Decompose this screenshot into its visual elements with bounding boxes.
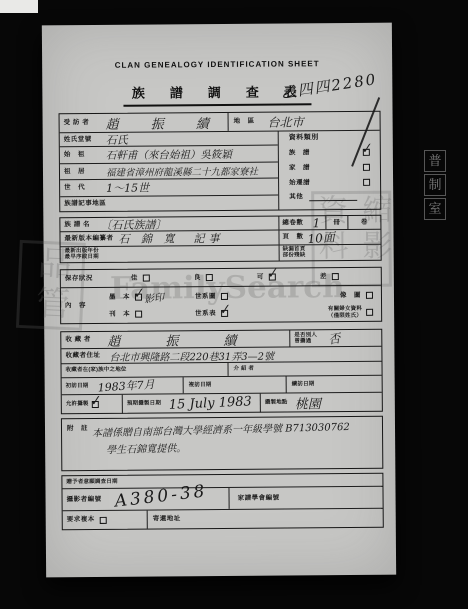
holder-label: 收 藏 者 — [61, 336, 107, 344]
partial-damage-label: 部份殘缺 — [283, 252, 381, 259]
first-visit-value: 1983年7月 — [97, 376, 155, 395]
content-printed-checkbox — [135, 311, 142, 318]
condition-label: 保存狀況 — [61, 275, 109, 283]
volume-info-box: 族 譜 名 〔石氏族譜〕 最新版本編纂者 石 錦 寬 記事 最新出版年份 最早序… — [59, 215, 381, 264]
interviewee-label: 受 訪 者 — [60, 119, 106, 127]
request-copy-label: 要求複本 — [67, 516, 95, 523]
category-shiqian-label: 始遷譜 — [289, 179, 310, 186]
condition-option: 良 — [194, 269, 213, 286]
category-jiapu-checkbox — [363, 163, 370, 170]
content-ink-copy: 墨 本 影印 — [109, 290, 195, 306]
remarks-label: 附 註 — [67, 425, 88, 432]
film-place-label: 攝製地點 — [265, 400, 295, 406]
content-women-data-checkbox — [366, 309, 373, 316]
film-place-value: 桃園 — [295, 393, 321, 412]
category-shiqian-checkbox — [363, 178, 370, 185]
volumes-label: 總卷數 — [279, 219, 307, 226]
category-other-label: 其他 — [289, 193, 303, 200]
preface-date-label: 最早序跋日期 — [65, 253, 279, 261]
first-visit-label: 初訪日期 — [66, 383, 98, 389]
origin-value: 福建省漳州府龍溪縣二十九都家寮社 — [106, 163, 258, 178]
edge-stamp: 普 制 室 — [424, 150, 446, 222]
area-value: 台北市 — [268, 113, 304, 130]
record-area-label: 族譜記事地區 — [60, 200, 106, 208]
pages-label: 頁 數 — [279, 234, 307, 241]
interviewee-value: 趙 振 續 — [106, 112, 223, 132]
founder-label: 始 祖 — [60, 151, 106, 159]
introducer-label: 介 紹 者 — [234, 366, 255, 372]
volumes-unit1-label: 冊 — [333, 219, 340, 226]
genealogy-name-label: 族 譜 名 — [60, 221, 100, 228]
generations-value: 1～15世 — [106, 180, 149, 196]
second-visit-label: 複訪日期 — [189, 382, 212, 388]
content-printed: 刊 本 — [109, 308, 195, 321]
content-women-data: 有關婦女資料 （僅限姓氏） — [287, 306, 373, 319]
remarks-box: 附 註 本譜係贈自南部台灣大學經濟系一年級學號 B713030762 學生石錦寬… — [61, 416, 383, 472]
category-header: 資料類別 — [289, 134, 370, 142]
compiler-label: 最新版本編纂者 — [60, 235, 118, 243]
content-portrait-checkbox — [366, 292, 373, 299]
edge-stamp-char: 普 — [424, 150, 446, 172]
condition-good-checkbox — [143, 275, 150, 282]
edge-stamp-char: 室 — [424, 198, 446, 220]
third-visit-label: 續訪日期 — [292, 381, 315, 387]
condition-option: 差 — [320, 268, 339, 285]
volumes-value: 1 — [307, 216, 325, 230]
edge-stamp-char: 制 — [424, 174, 446, 196]
scanned-form-paper: 縮影資料 品管 FamilySearch CLAN GENEALOGY IDEN… — [42, 23, 396, 578]
content-label: 內 容 — [61, 302, 109, 310]
basic-info-box: 受 訪 者 趙 振 續 地 區 台北市 姓氏堂號 石氏 始 祖 石軒甫（來台始祖… — [59, 111, 382, 213]
donor-survey-label: 贈予者意願調查日期 — [62, 479, 117, 485]
content-ink-copy-note: 影印 — [143, 289, 165, 306]
condition-option: 佳 — [131, 270, 150, 287]
volumes-unit2-label: 卷 — [361, 219, 368, 226]
mail-address-label: 寄還地址 — [153, 516, 181, 523]
film-allow-checkbox — [92, 401, 99, 408]
content-pedigree-chart: 世系圖 — [195, 289, 287, 305]
content-pedigree-chart-checkbox — [221, 293, 228, 300]
category-zupu-label: 族 譜 — [289, 149, 310, 156]
condition-option: 可 — [257, 269, 276, 286]
generations-label: 世 代 — [60, 184, 106, 192]
surname-hall-label: 姓氏堂號 — [60, 136, 106, 144]
society-number-label: 家譜學會編號 — [238, 494, 280, 501]
condition-poor-checkbox — [332, 273, 339, 280]
content-pedigree-table-checkbox — [221, 310, 228, 317]
category-other-line — [309, 192, 357, 201]
pages-value: 10面 — [307, 228, 336, 247]
holder-position-label: 收藏者在(家)族中之地位 — [62, 366, 228, 373]
origin-label: 祖 居 — [60, 168, 106, 176]
category-jiapu-label: 家 譜 — [289, 164, 310, 171]
holder-box: 收 藏 者 趙 振 續 是否別人 曾攝過 否 收藏者住址 台北市興隆路二段220… — [60, 329, 383, 415]
content-ink-copy-checkbox — [135, 294, 142, 301]
founder-value: 石軒甫（來台始祖）吳筱穎 — [106, 146, 232, 162]
area-label: 地 區 — [234, 118, 268, 125]
holder-address-label: 收藏者住址 — [61, 352, 109, 360]
surname-hall-value: 石氏 — [106, 131, 128, 147]
photographer-number-label: 攝影者編號 — [67, 496, 102, 503]
scan-corner-notch — [0, 0, 38, 13]
category-zupu-checkbox — [363, 148, 370, 155]
holder-address-value: 台北市興隆路二段220巷31弄3—2號 — [109, 347, 274, 363]
film-date-label: 預期攝製日期 — [127, 401, 169, 407]
sheet-title-en: CLAN GENEALOGY IDENTIFICATION SHEET — [42, 59, 392, 71]
film-allow-label: 允許攝製 — [66, 401, 89, 407]
content-portrait: 像 圖 — [287, 288, 373, 304]
film-date-value: 15 July 1983 — [169, 394, 253, 413]
content-pedigree-table: 世系表 — [195, 307, 287, 320]
compiler-value: 石 錦 寬 記事 — [118, 230, 223, 247]
condition-fair-checkbox — [206, 274, 213, 281]
condition-ok-checkbox — [269, 274, 276, 281]
request-copy-checkbox — [100, 516, 107, 523]
holder-value: 趙 振 續 — [107, 329, 252, 349]
office-use-box: 贈予者意願調查日期 攝影者編號 A380-38 家譜學會編號 要求複本 寄還地址 — [61, 473, 383, 531]
filmed-before-value: 否 — [327, 329, 341, 348]
condition-box: 保存狀況 佳 良 可 差 內 — [60, 267, 382, 325]
